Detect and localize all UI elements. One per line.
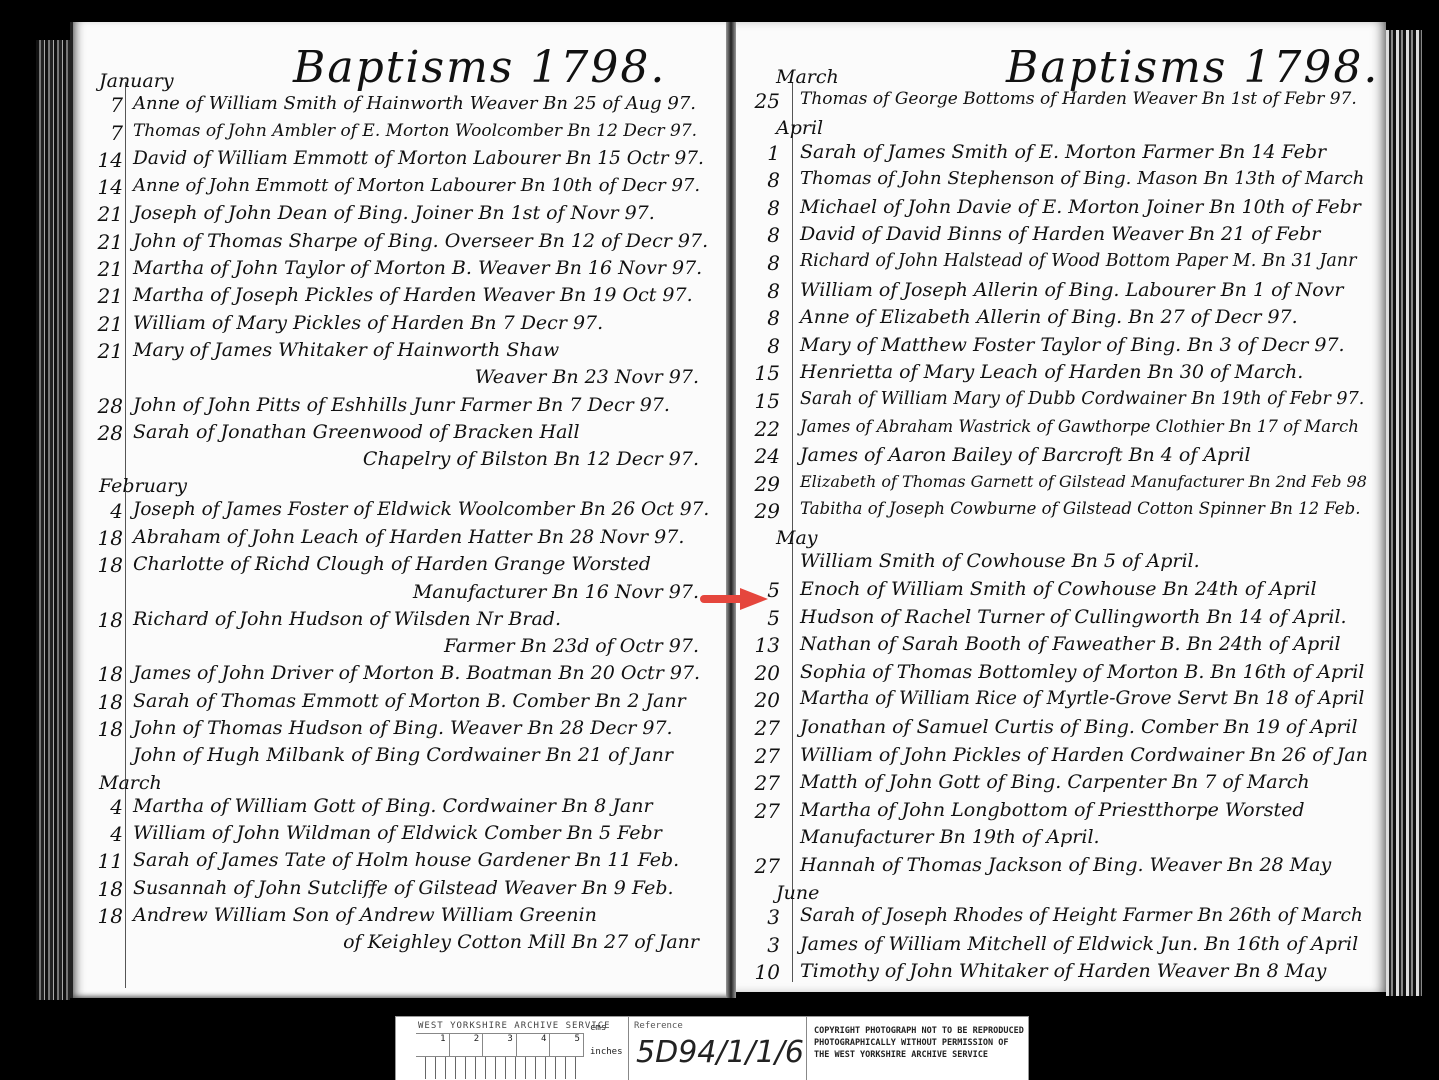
entry-day: 27	[750, 716, 780, 740]
entry-day: 8	[750, 196, 780, 220]
entry-text: Joseph of John Dean of Bing. Joiner Bn 1…	[133, 202, 655, 224]
baptism-entry: 14David of William Emmott of Morton Labo…	[73, 148, 729, 174]
entry-text: Matth of John Gott of Bing. Carpenter Bn…	[800, 771, 1310, 793]
baptism-entry: 15Henrietta of Mary Leach of Harden Bn 3…	[736, 361, 1386, 387]
entry-text: James of John Driver of Morton B. Boatma…	[133, 662, 700, 684]
entry-day: 20	[750, 661, 780, 685]
entry-day: 25	[750, 89, 780, 113]
entry-text: Martha of William Gott of Bing. Cordwain…	[133, 795, 653, 817]
entry-day: 13	[750, 633, 780, 657]
entry-day: 28	[93, 394, 123, 418]
baptism-entry: 20Sophia of Thomas Bottomley of Morton B…	[736, 661, 1386, 687]
entry-text: Mary of James Whitaker of Hainworth Shaw	[133, 339, 559, 361]
month-heading: March	[776, 66, 839, 88]
entry-text: Richard of John Hudson of Wilsden Nr Bra…	[133, 608, 561, 630]
baptism-entry: 29Elizabeth of Thomas Garnett of Gilstea…	[736, 472, 1386, 498]
entry-day: 28	[93, 421, 123, 445]
left-page-title: Baptisms 1798.	[293, 42, 666, 93]
inch-scale	[416, 1057, 584, 1079]
baptism-entry: 27Jonathan of Samuel Curtis of Bing. Com…	[736, 716, 1386, 742]
inch-unit-label: inches	[590, 1047, 623, 1057]
entry-text: Hannah of Thomas Jackson of Bing. Weaver…	[800, 854, 1331, 876]
entry-text: Sarah of Thomas Emmott of Morton B. Comb…	[133, 690, 686, 712]
baptism-entry: 21William of Mary Pickles of Harden Bn 7…	[73, 312, 729, 338]
baptism-entry: 24James of Aaron Bailey of Barcroft Bn 4…	[736, 444, 1386, 470]
baptism-entry: 29Tabitha of Joseph Cowburne of Gilstead…	[736, 499, 1386, 525]
card-divider	[628, 1017, 629, 1080]
entry-day: 18	[93, 904, 123, 928]
entry-text: Anne of John Emmott of Morton Labourer B…	[133, 175, 700, 196]
entry-text: Andrew William Son of Andrew William Gre…	[133, 904, 597, 926]
entry-day: 27	[750, 854, 780, 878]
baptism-entry: Manufacturer Bn 19th of April.	[736, 826, 1386, 852]
entry-text: Joseph of James Foster of Eldwick Woolco…	[133, 499, 709, 520]
baptism-entry: 18Sarah of Thomas Emmott of Morton B. Co…	[73, 690, 729, 716]
entry-text: Sarah of Joseph Rhodes of Height Farmer …	[800, 905, 1363, 926]
entry-text: Timothy of John Whitaker of Harden Weave…	[800, 960, 1326, 982]
right-page: Baptisms 1798. March25Thomas of George B…	[736, 22, 1386, 992]
entry-day: 21	[93, 284, 123, 308]
cm-tick: 1	[416, 1034, 450, 1056]
entry-day: 18	[93, 608, 123, 632]
month-heading: March	[99, 772, 162, 794]
baptism-entry: 5Enoch of William Smith of Cowhouse Bn 2…	[736, 578, 1386, 604]
baptism-entry: 8Thomas of John Stephenson of Bing. Maso…	[736, 168, 1386, 194]
month-heading: January	[99, 70, 174, 92]
entry-day: 20	[750, 688, 780, 712]
baptism-entry: 14Anne of John Emmott of Morton Labourer…	[73, 175, 729, 201]
baptism-entry: 18John of Thomas Hudson of Bing. Weaver …	[73, 717, 729, 743]
entry-text: Hudson of Rachel Turner of Cullingworth …	[800, 606, 1347, 628]
left-page: Baptisms 1798. January7Anne of William S…	[70, 22, 729, 998]
entry-day: 10	[750, 960, 780, 984]
month-heading: May	[776, 527, 818, 549]
entry-text: Richard of John Halstead of Wood Bottom …	[800, 251, 1356, 271]
cm-unit-label: cms	[590, 1023, 606, 1033]
baptism-entry: 21Mary of James Whitaker of Hainworth Sh…	[73, 339, 729, 365]
entry-day: 18	[93, 526, 123, 550]
baptism-entry: 4Joseph of James Foster of Eldwick Woolc…	[73, 499, 729, 525]
entry-text: Thomas of John Stephenson of Bing. Mason…	[800, 168, 1364, 189]
baptism-entry: 21Martha of John Taylor of Morton B. Wea…	[73, 257, 729, 283]
month-heading: April	[776, 117, 823, 139]
entry-day: 24	[750, 444, 780, 468]
baptism-entry: 21John of Thomas Sharpe of Bing. Oversee…	[73, 230, 729, 256]
entry-text: Sarah of William Mary of Dubb Cordwainer…	[800, 389, 1364, 409]
red-arrow-pointer-icon	[700, 588, 770, 610]
baptism-entry: 8David of David Binns of Harden Weaver B…	[736, 223, 1386, 249]
entry-text: William of John Wildman of Eldwick Combe…	[133, 822, 662, 844]
entry-text: Thomas of George Bottoms of Harden Weave…	[800, 89, 1357, 109]
entry-text: Chapelry of Bilston Bn 12 Decr 97.	[363, 448, 699, 470]
entry-text: James of Abraham Wastrick of Gawthorpe C…	[800, 417, 1359, 436]
entry-text: Anne of William Smith of Hainworth Weave…	[133, 93, 696, 114]
entry-text: David of William Emmott of Morton Labour…	[133, 148, 704, 169]
baptism-entry: 25Thomas of George Bottoms of Harden Wea…	[736, 89, 1386, 115]
baptism-entry: 8Anne of Elizabeth Allerin of Bing. Bn 2…	[736, 306, 1386, 332]
entry-day: 29	[750, 472, 780, 496]
entry-text: William of Mary Pickles of Harden Bn 7 D…	[133, 312, 603, 334]
entry-text: Jonathan of Samuel Curtis of Bing. Combe…	[800, 716, 1358, 738]
entry-day: 21	[93, 202, 123, 226]
card-divider	[806, 1017, 807, 1080]
baptism-entry: 3Sarah of Joseph Rhodes of Height Farmer…	[736, 905, 1386, 931]
entry-day: 8	[750, 334, 780, 358]
entry-day: 21	[93, 312, 123, 336]
baptism-entry: 22James of Abraham Wastrick of Gawthorpe…	[736, 417, 1386, 443]
entry-day: 8	[750, 251, 780, 275]
baptism-entry: 11Sarah of James Tate of Holm house Gard…	[73, 849, 729, 875]
book-gutter	[726, 22, 736, 998]
baptism-entry: 7Anne of William Smith of Hainworth Weav…	[73, 93, 729, 119]
entry-text: James of William Mitchell of Eldwick Jun…	[800, 933, 1358, 955]
baptism-entry: 28John of John Pitts of Eshhills Junr Fa…	[73, 394, 729, 420]
entry-day: 8	[750, 306, 780, 330]
entry-day: 18	[93, 662, 123, 686]
entry-day: 18	[93, 690, 123, 714]
entry-text: Michael of John Davie of E. Morton Joine…	[800, 196, 1361, 218]
entry-text: Anne of Elizabeth Allerin of Bing. Bn 27…	[800, 306, 1298, 328]
baptism-entry: 18Susannah of John Sutcliffe of Gilstead…	[73, 877, 729, 903]
entry-text: Weaver Bn 23 Novr 97.	[475, 366, 699, 388]
baptism-entry: 3James of William Mitchell of Eldwick Ju…	[736, 933, 1386, 959]
entry-day: 14	[93, 148, 123, 172]
entry-day: 27	[750, 744, 780, 768]
entry-text: Martha of John Longbottom of Priestthorp…	[800, 799, 1304, 821]
entry-day: 18	[93, 717, 123, 741]
entry-day: 18	[93, 553, 123, 577]
entry-text: John of Thomas Hudson of Bing. Weaver Bn…	[133, 717, 673, 739]
entry-text: Sophia of Thomas Bottomley of Morton B. …	[800, 661, 1364, 683]
baptism-entry: 4Martha of William Gott of Bing. Cordwai…	[73, 795, 729, 821]
entry-text: Charlotte of Richd Clough of Harden Gran…	[133, 553, 651, 575]
entry-day: 29	[750, 499, 780, 523]
baptism-entry: 27Martha of John Longbottom of Priesttho…	[736, 799, 1386, 825]
baptism-entry: 21Joseph of John Dean of Bing. Joiner Bn…	[73, 202, 729, 228]
baptism-entry: 8Mary of Matthew Foster Taylor of Bing. …	[736, 334, 1386, 360]
entry-day: 15	[750, 361, 780, 385]
entry-day: 8	[750, 168, 780, 192]
baptism-entry: 1Sarah of James Smith of E. Morton Farme…	[736, 141, 1386, 167]
entry-day: 14	[93, 175, 123, 199]
entry-day: 15	[750, 389, 780, 413]
entry-text: Martha of Joseph Pickles of Harden Weave…	[133, 284, 693, 306]
entry-text: Manufacturer Bn 19th of April.	[800, 826, 1356, 848]
entry-text: Tabitha of Joseph Cowburne of Gilstead C…	[800, 499, 1360, 518]
entry-text: Manufacturer Bn 16 Novr 97.	[413, 581, 699, 603]
baptism-entry: 8Michael of John Davie of E. Morton Join…	[736, 196, 1386, 222]
month-heading: February	[99, 475, 187, 497]
cm-tick: 5	[550, 1034, 584, 1056]
baptism-entry: John of Hugh Milbank of Bing Cordwainer …	[73, 744, 729, 770]
baptism-entry: Manufacturer Bn 16 Novr 97.	[73, 581, 729, 607]
entry-text: Martha of John Taylor of Morton B. Weave…	[133, 257, 702, 279]
baptism-entry: Weaver Bn 23 Novr 97.	[73, 366, 729, 392]
baptism-entry: 15Sarah of William Mary of Dubb Cordwain…	[736, 389, 1386, 415]
baptism-entry: 18Richard of John Hudson of Wilsden Nr B…	[73, 608, 729, 634]
entry-text: John of Thomas Sharpe of Bing. Overseer …	[133, 230, 708, 252]
cm-tick: 4	[517, 1034, 551, 1056]
reference-number: 5D94/1/1/6	[636, 1035, 804, 1070]
baptism-entry: 18Abraham of John Leach of Harden Hatter…	[73, 526, 729, 552]
entry-text: Enoch of William Smith of Cowhouse Bn 24…	[800, 578, 1317, 600]
entry-text: Thomas of John Ambler of E. Morton Woolc…	[133, 121, 697, 141]
entry-day: 3	[750, 933, 780, 957]
entry-text: Elizabeth of Thomas Garnett of Gilstead …	[800, 472, 1367, 491]
archive-organisation: WEST YORKSHIRE ARCHIVE SERVICE	[418, 1021, 611, 1031]
entry-text: Henrietta of Mary Leach of Harden Bn 30 …	[800, 361, 1303, 383]
baptism-entry: 18Andrew William Son of Andrew William G…	[73, 904, 729, 930]
entry-day: 8	[750, 223, 780, 247]
baptism-entry: 27William of John Pickles of Harden Cord…	[736, 744, 1386, 770]
entry-text: William of Joseph Allerin of Bing. Labou…	[800, 279, 1343, 301]
baptism-entry: 13Nathan of Sarah Booth of Faweather B. …	[736, 633, 1386, 659]
baptism-entry: 7Thomas of John Ambler of E. Morton Wool…	[73, 121, 729, 147]
baptism-entry: 18Charlotte of Richd Clough of Harden Gr…	[73, 553, 729, 579]
book-edge-right	[1386, 30, 1422, 996]
entry-day: 21	[93, 230, 123, 254]
entry-text: Sarah of James Smith of E. Morton Farmer…	[800, 141, 1326, 163]
entry-day: 8	[750, 279, 780, 303]
entry-text: John of Hugh Milbank of Bing Cordwainer …	[133, 744, 673, 766]
entry-day: 4	[93, 795, 123, 819]
register-book: Baptisms 1798. January7Anne of William S…	[0, 0, 1439, 1080]
baptism-entry: 27Matth of John Gott of Bing. Carpenter …	[736, 771, 1386, 797]
reference-label: Reference	[634, 1021, 683, 1031]
baptism-entry: 20Martha of William Rice of Myrtle-Grove…	[736, 688, 1386, 714]
baptism-entry: 8Richard of John Halstead of Wood Bottom…	[736, 251, 1386, 277]
entry-day: 27	[750, 771, 780, 795]
entry-day: 7	[93, 93, 123, 117]
entry-text: Sarah of James Tate of Holm house Garden…	[133, 849, 679, 871]
entry-day: 27	[750, 799, 780, 823]
baptism-entry: Chapelry of Bilston Bn 12 Decr 97.	[73, 448, 729, 474]
entry-day: 22	[750, 417, 780, 441]
entry-day: 1	[750, 141, 780, 165]
archive-reference-card: WEST YORKSHIRE ARCHIVE SERVICE 12345 cms…	[395, 1016, 1029, 1080]
baptism-entry: 21Martha of Joseph Pickles of Harden Wea…	[73, 284, 729, 310]
entry-day: 4	[93, 822, 123, 846]
copyright-notice: COPYRIGHT PHOTOGRAPH NOT TO BE REPRODUCE…	[814, 1025, 1024, 1061]
baptism-entry: 18James of John Driver of Morton B. Boat…	[73, 662, 729, 688]
baptism-entry: 27Hannah of Thomas Jackson of Bing. Weav…	[736, 854, 1386, 880]
entry-day: 3	[750, 905, 780, 929]
entry-day: 7	[93, 121, 123, 145]
entry-day: 18	[93, 877, 123, 901]
entry-text: John of John Pitts of Eshhills Junr Farm…	[133, 394, 670, 416]
baptism-entry: of Keighley Cotton Mill Bn 27 of Janr	[73, 931, 729, 957]
baptism-entry: 4William of John Wildman of Eldwick Comb…	[73, 822, 729, 848]
baptism-entry: 10Timothy of John Whitaker of Harden Wea…	[736, 960, 1386, 986]
entry-text: William Smith of Cowhouse Bn 5 of April.	[800, 550, 1356, 572]
entry-day: 21	[93, 339, 123, 363]
baptism-entry: Farmer Bn 23d of Octr 97.	[73, 635, 729, 661]
entry-text: Mary of Matthew Foster Taylor of Bing. B…	[800, 334, 1345, 356]
month-heading: June	[776, 882, 819, 904]
entry-text: James of Aaron Bailey of Barcroft Bn 4 o…	[800, 444, 1251, 466]
entry-text: Abraham of John Leach of Harden Hatter B…	[133, 526, 684, 548]
entry-day: 11	[93, 849, 123, 873]
entry-text: Martha of William Rice of Myrtle-Grove S…	[800, 688, 1364, 709]
entry-text: David of David Binns of Harden Weaver Bn…	[800, 223, 1320, 245]
entry-day: 21	[93, 257, 123, 281]
entry-text: Sarah of Jonathan Greenwood of Bracken H…	[133, 421, 580, 443]
cm-tick: 3	[483, 1034, 517, 1056]
entry-text: Susannah of John Sutcliffe of Gilstead W…	[133, 877, 674, 899]
baptism-entry: 5Hudson of Rachel Turner of Cullingworth…	[736, 606, 1386, 632]
baptism-entry: William Smith of Cowhouse Bn 5 of April.	[736, 550, 1386, 576]
baptism-entry: 8William of Joseph Allerin of Bing. Labo…	[736, 279, 1386, 305]
entry-text: of Keighley Cotton Mill Bn 27 of Janr	[343, 931, 699, 953]
entry-text: William of John Pickles of Harden Cordwa…	[800, 744, 1368, 766]
cm-tick: 2	[450, 1034, 484, 1056]
entry-day: 4	[93, 499, 123, 523]
book-edge-left	[36, 40, 70, 1000]
cm-scale: 12345	[416, 1034, 584, 1057]
entry-text: Nathan of Sarah Booth of Faweather B. Bn…	[800, 633, 1341, 655]
measurement-scale: 12345	[416, 1033, 584, 1080]
entry-text: Farmer Bn 23d of Octr 97.	[444, 635, 699, 657]
baptism-entry: 28Sarah of Jonathan Greenwood of Bracken…	[73, 421, 729, 447]
right-page-title: Baptisms 1798.	[1006, 42, 1379, 93]
